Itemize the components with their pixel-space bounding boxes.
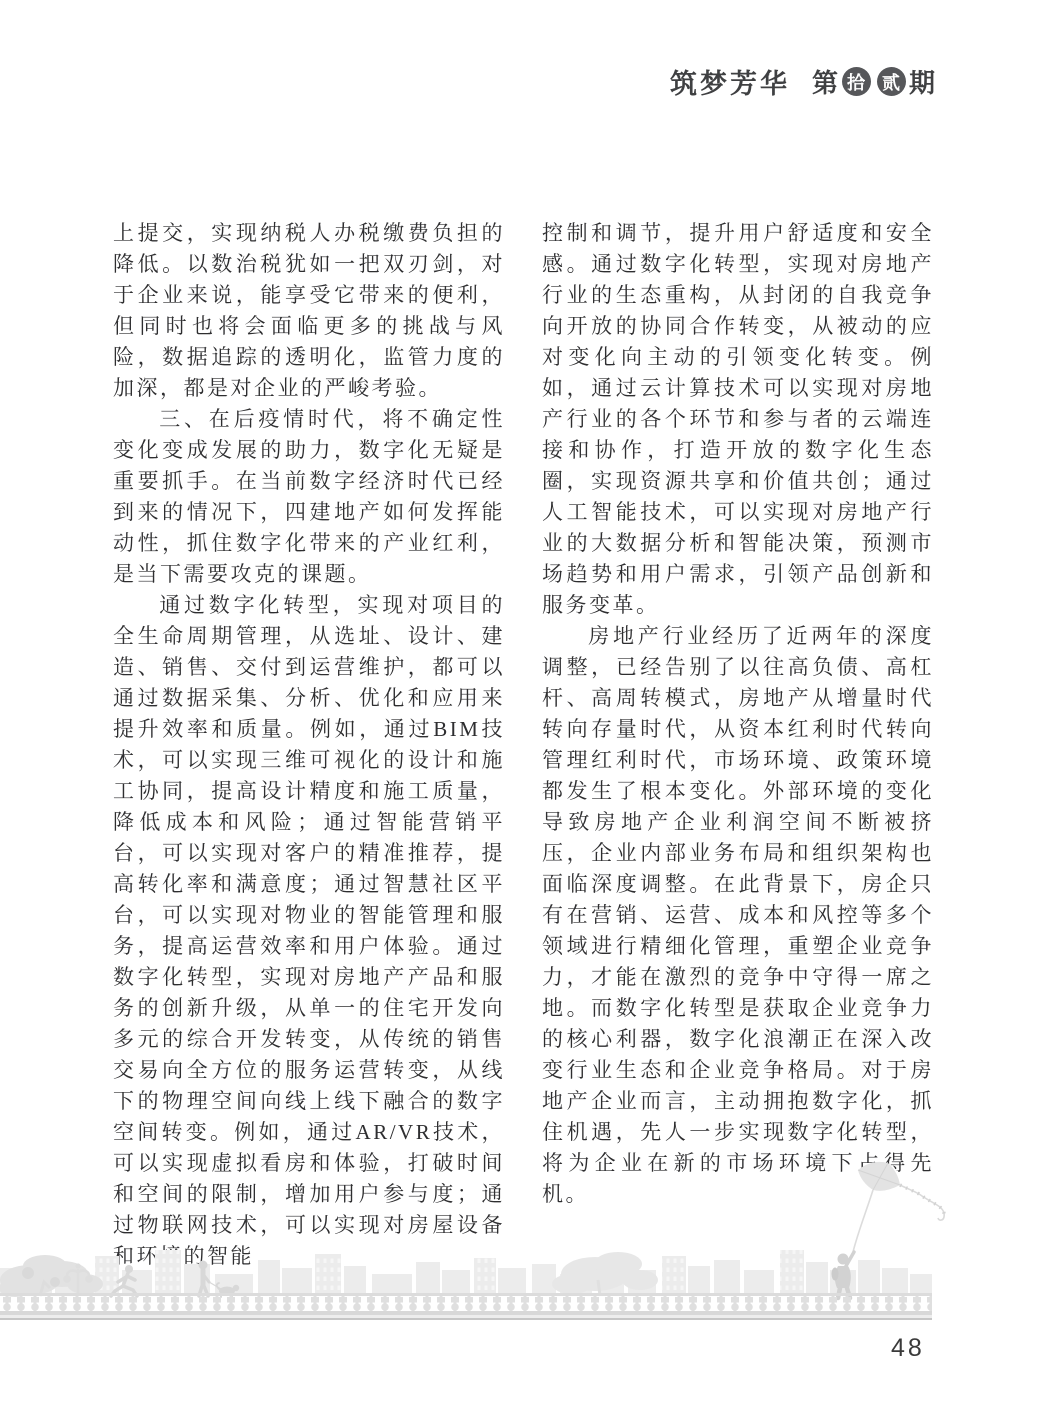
page-number: 48 <box>891 1334 925 1363</box>
issue-suffix: 期 <box>909 63 936 100</box>
paragraph: 控制和调节，提升用户舒适度和安全感。通过数字化转型，实现对房地产行业的生态重构，… <box>542 218 934 621</box>
left-column: 上提交，实现纳税人办税缴费负担的降低。以数治税犹如一把双刃剑，对于企业来说，能享… <box>113 218 505 1272</box>
paragraph: 房地产行业经历了近两年的深度调整，已经告别了以往高负债、高杠杆、高周转模式，房地… <box>542 621 934 1210</box>
balustrade-railing <box>0 1293 932 1320</box>
paragraph: 上提交，实现纳税人办税缴费负担的降低。以数治税犹如一把双刃剑，对于企业来说，能享… <box>113 218 505 404</box>
tree-icon <box>552 1252 658 1296</box>
footer-divider-line <box>0 1318 932 1320</box>
magazine-page: 筑梦芳华 第 拾 贰 期 上提交，实现纳税人办税缴费负担的降低。以数治税犹如一把… <box>0 0 1051 1420</box>
article-body: 上提交，实现纳税人办税缴费负担的降低。以数治税犹如一把双刃剑，对于企业来说，能享… <box>113 218 934 1272</box>
page-header: 筑梦芳华 第 拾 贰 期 <box>670 62 936 101</box>
right-column: 控制和调节，提升用户舒适度和安全感。通过数字化转型，实现对房地产行业的生态重构，… <box>542 218 934 1272</box>
kite-icon <box>853 1162 944 1252</box>
footer-cityscape-illustration <box>0 1140 1051 1325</box>
issue-digit-badge: 贰 <box>877 67 906 96</box>
paragraph: 三、在后疫情时代，将不确定性变化变成发展的助力，数字化无疑是重要抓手。在当前数字… <box>113 404 505 590</box>
issue-label: 第 拾 贰 期 <box>812 63 936 100</box>
issue-digit-badge: 拾 <box>842 67 871 96</box>
kite-tail <box>900 1185 944 1220</box>
magazine-title: 筑梦芳华 <box>670 62 790 101</box>
issue-prefix: 第 <box>812 63 839 100</box>
kite-string <box>853 1190 873 1252</box>
